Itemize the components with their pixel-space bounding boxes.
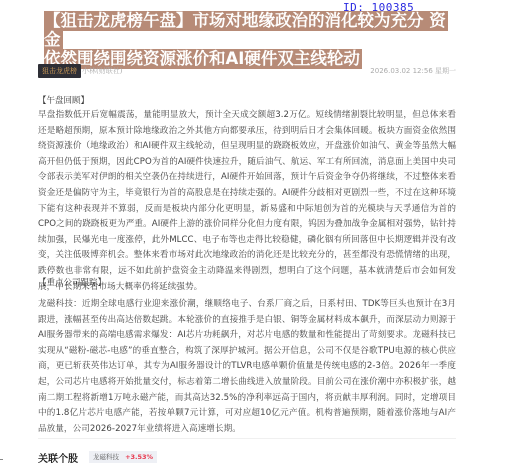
edge-mark — [0, 459, 3, 460]
article-meta: 狙击龙虎榜 小林(财联社) 2026.03.02 12:56 星期一 — [38, 64, 456, 80]
id-label: ID: 100385 — [343, 1, 414, 14]
stock-chip[interactable]: 龙磁科技 +3.53% — [89, 451, 157, 463]
article-title: 【狙击龙虎榜午盘】市场对地缘政治的消化较为充分 资金 依然围绕围绕资源涨价和AI… — [44, 11, 464, 68]
related-stocks-title: 关联个股 — [38, 450, 78, 463]
divider — [38, 438, 456, 439]
section-body-midday-review: 早盘指数低开后宽幅震荡，量能明显放大，预计全天成交额超3.2万亿。短线情绪割裂比… — [38, 108, 456, 295]
section-heading-midday-review: 【午盘回顾】 — [38, 94, 89, 106]
title-line-1: 【狙击龙虎榜午盘】市场对地缘政治的消化较为充分 资金 — [44, 11, 448, 50]
publish-date: 2026.03.02 12:56 星期一 — [370, 66, 456, 76]
author[interactable]: 小林(财联社) — [82, 66, 122, 76]
stock-name: 龙磁科技 — [93, 453, 119, 461]
section-body-company-tracking: 龙磁科技：近期全球电感行业迎来涨价潮，继顺络电子、台系厂商之后，日系村田、TDK… — [38, 297, 456, 437]
section-heading-company-tracking: 【重点公司跟踪】 — [38, 276, 106, 288]
column-tag[interactable]: 狙击龙虎榜 — [38, 64, 81, 78]
stock-change: +3.53% — [125, 453, 153, 461]
